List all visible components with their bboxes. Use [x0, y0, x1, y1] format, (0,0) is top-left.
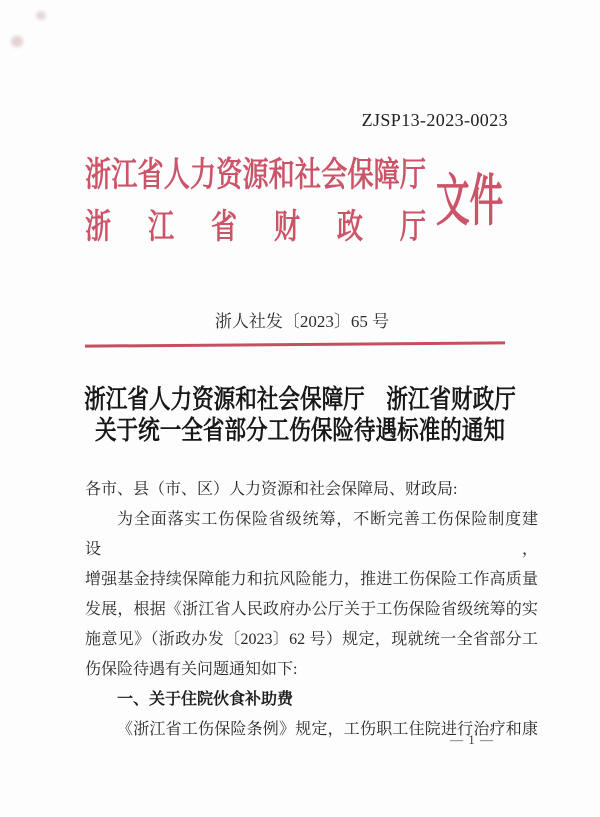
document-body: 各市、县（市、区）人力资源和社会保障局、财政局:为全面落实工伤保险省级统筹，不断… [85, 475, 538, 745]
document-title-line2: 关于统一全省部分工伤保险待遇标准的通知 [59, 415, 540, 446]
document-page: ZJSP13-2023-0023 浙江省人力资源和社会保障厅 浙江省财政厅 文件… [0, 0, 600, 817]
scan-artifact-mark [11, 36, 23, 47]
document-title-line1: 浙江省人力资源和社会保障厅 浙江省财政厅 [59, 384, 540, 415]
document-title: 浙江省人力资源和社会保障厅 浙江省财政厅 关于统一全省部分工伤保险待遇标准的通知 [59, 384, 540, 446]
body-text-line: 伤保险待遇有关问题通知如下: [85, 655, 538, 685]
body-text-line: 施意见》（浙政办发〔2023〕62 号）规定，现就统一全省部分工 [85, 625, 538, 655]
letterhead-agency-line2: 浙江省财政厅 [85, 202, 426, 254]
document-number: 浙人社发〔2023〕65 号 [2, 307, 600, 332]
body-text-line: 发展，根据《浙江省人民政府办公厅关于工伤保险省级统筹的实 [85, 595, 538, 625]
page-number: — 1 — [450, 732, 494, 748]
body-section-heading: 一、关于住院伙食补助费 [85, 685, 538, 715]
body-text-line: 增强基金持续保障能力和抗风险能力，推进工伤保险工作高质量 [85, 565, 538, 595]
letterhead-agency-line1: 浙江省人力资源和社会保障厅 [85, 150, 426, 202]
letterhead-divider-rule [85, 341, 505, 347]
body-text-line: 为全面落实工伤保险省级统筹，不断完善工伤保险制度建设， [85, 505, 538, 565]
letterhead-doc-word: 文件 [436, 173, 503, 232]
letterhead: 浙江省人力资源和社会保障厅 浙江省财政厅 [85, 150, 426, 254]
reference-code: ZJSP13-2023-0023 [362, 110, 508, 131]
scan-artifact-mark [36, 11, 46, 20]
body-text-line: 各市、县（市、区）人力资源和社会保障局、财政局: [85, 475, 538, 505]
